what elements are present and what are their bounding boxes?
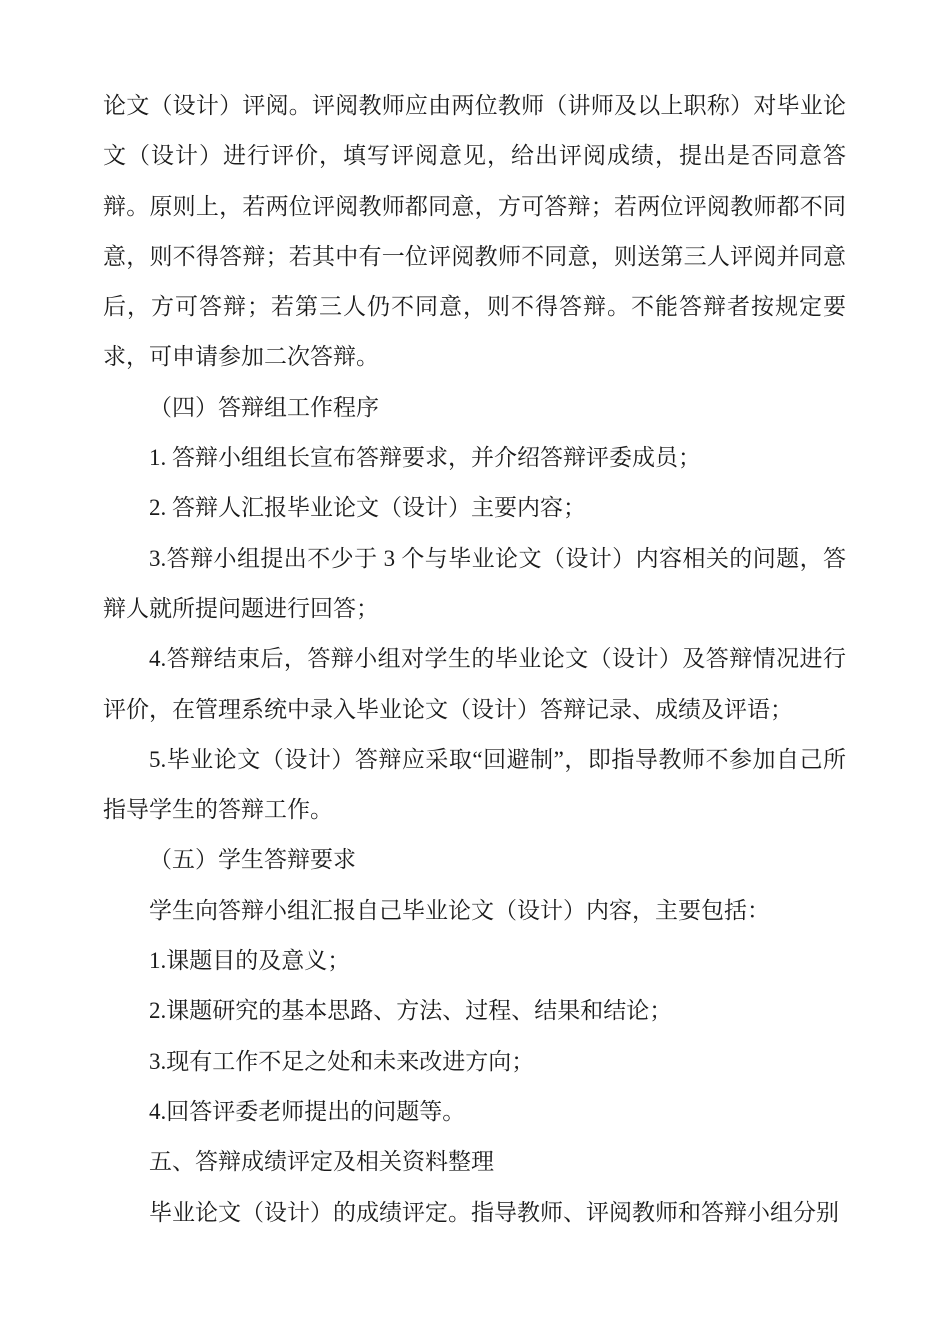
paragraph-grading-intro: 毕业论文（设计）的成绩评定。指导教师、评阅教师和答辩小组分别 xyxy=(103,1188,846,1238)
list-item-report-4: 4.回答评委老师提出的问题等。 xyxy=(103,1087,846,1137)
paragraph-student-report-intro: 学生向答辩小组汇报自己毕业论文（设计）内容，主要包括： xyxy=(103,886,846,936)
list-item-report-2: 2.课题研究的基本思路、方法、过程、结果和结论； xyxy=(103,986,846,1036)
heading-chapter-five-grading: 五、答辩成绩评定及相关资料整理 xyxy=(103,1137,846,1187)
paragraph-review-rules: 论文（设计）评阅。评阅教师应由两位教师（讲师及以上职称）对毕业论文（设计）进行评… xyxy=(103,81,846,383)
list-item-report-3: 3.现有工作不足之处和未来改进方向； xyxy=(103,1037,846,1087)
heading-section-four-defense-group-procedure: （四）答辩组工作程序 xyxy=(103,383,846,433)
list-item-procedure-1: 1. 答辩小组组长宣布答辩要求，并介绍答辩评委成员； xyxy=(103,433,846,483)
list-item-procedure-3: 3.答辩小组提出不少于 3 个与毕业论文（设计）内容相关的问题，答辩人就所提问题… xyxy=(103,534,846,635)
list-item-procedure-4: 4.答辩结束后，答辩小组对学生的毕业论文（设计）及答辩情况进行评价，在管理系统中… xyxy=(103,634,846,735)
list-item-report-1: 1.课题目的及意义； xyxy=(103,936,846,986)
heading-section-five-student-requirements: （五）学生答辩要求 xyxy=(103,835,846,885)
list-item-procedure-5: 5.毕业论文（设计）答辩应采取“回避制”，即指导教师不参加自己所指导学生的答辩工… xyxy=(103,735,846,836)
list-item-procedure-2: 2. 答辩人汇报毕业论文（设计）主要内容； xyxy=(103,483,846,533)
document-page: 论文（设计）评阅。评阅教师应由两位教师（讲师及以上职称）对毕业论文（设计）进行评… xyxy=(0,0,946,1334)
